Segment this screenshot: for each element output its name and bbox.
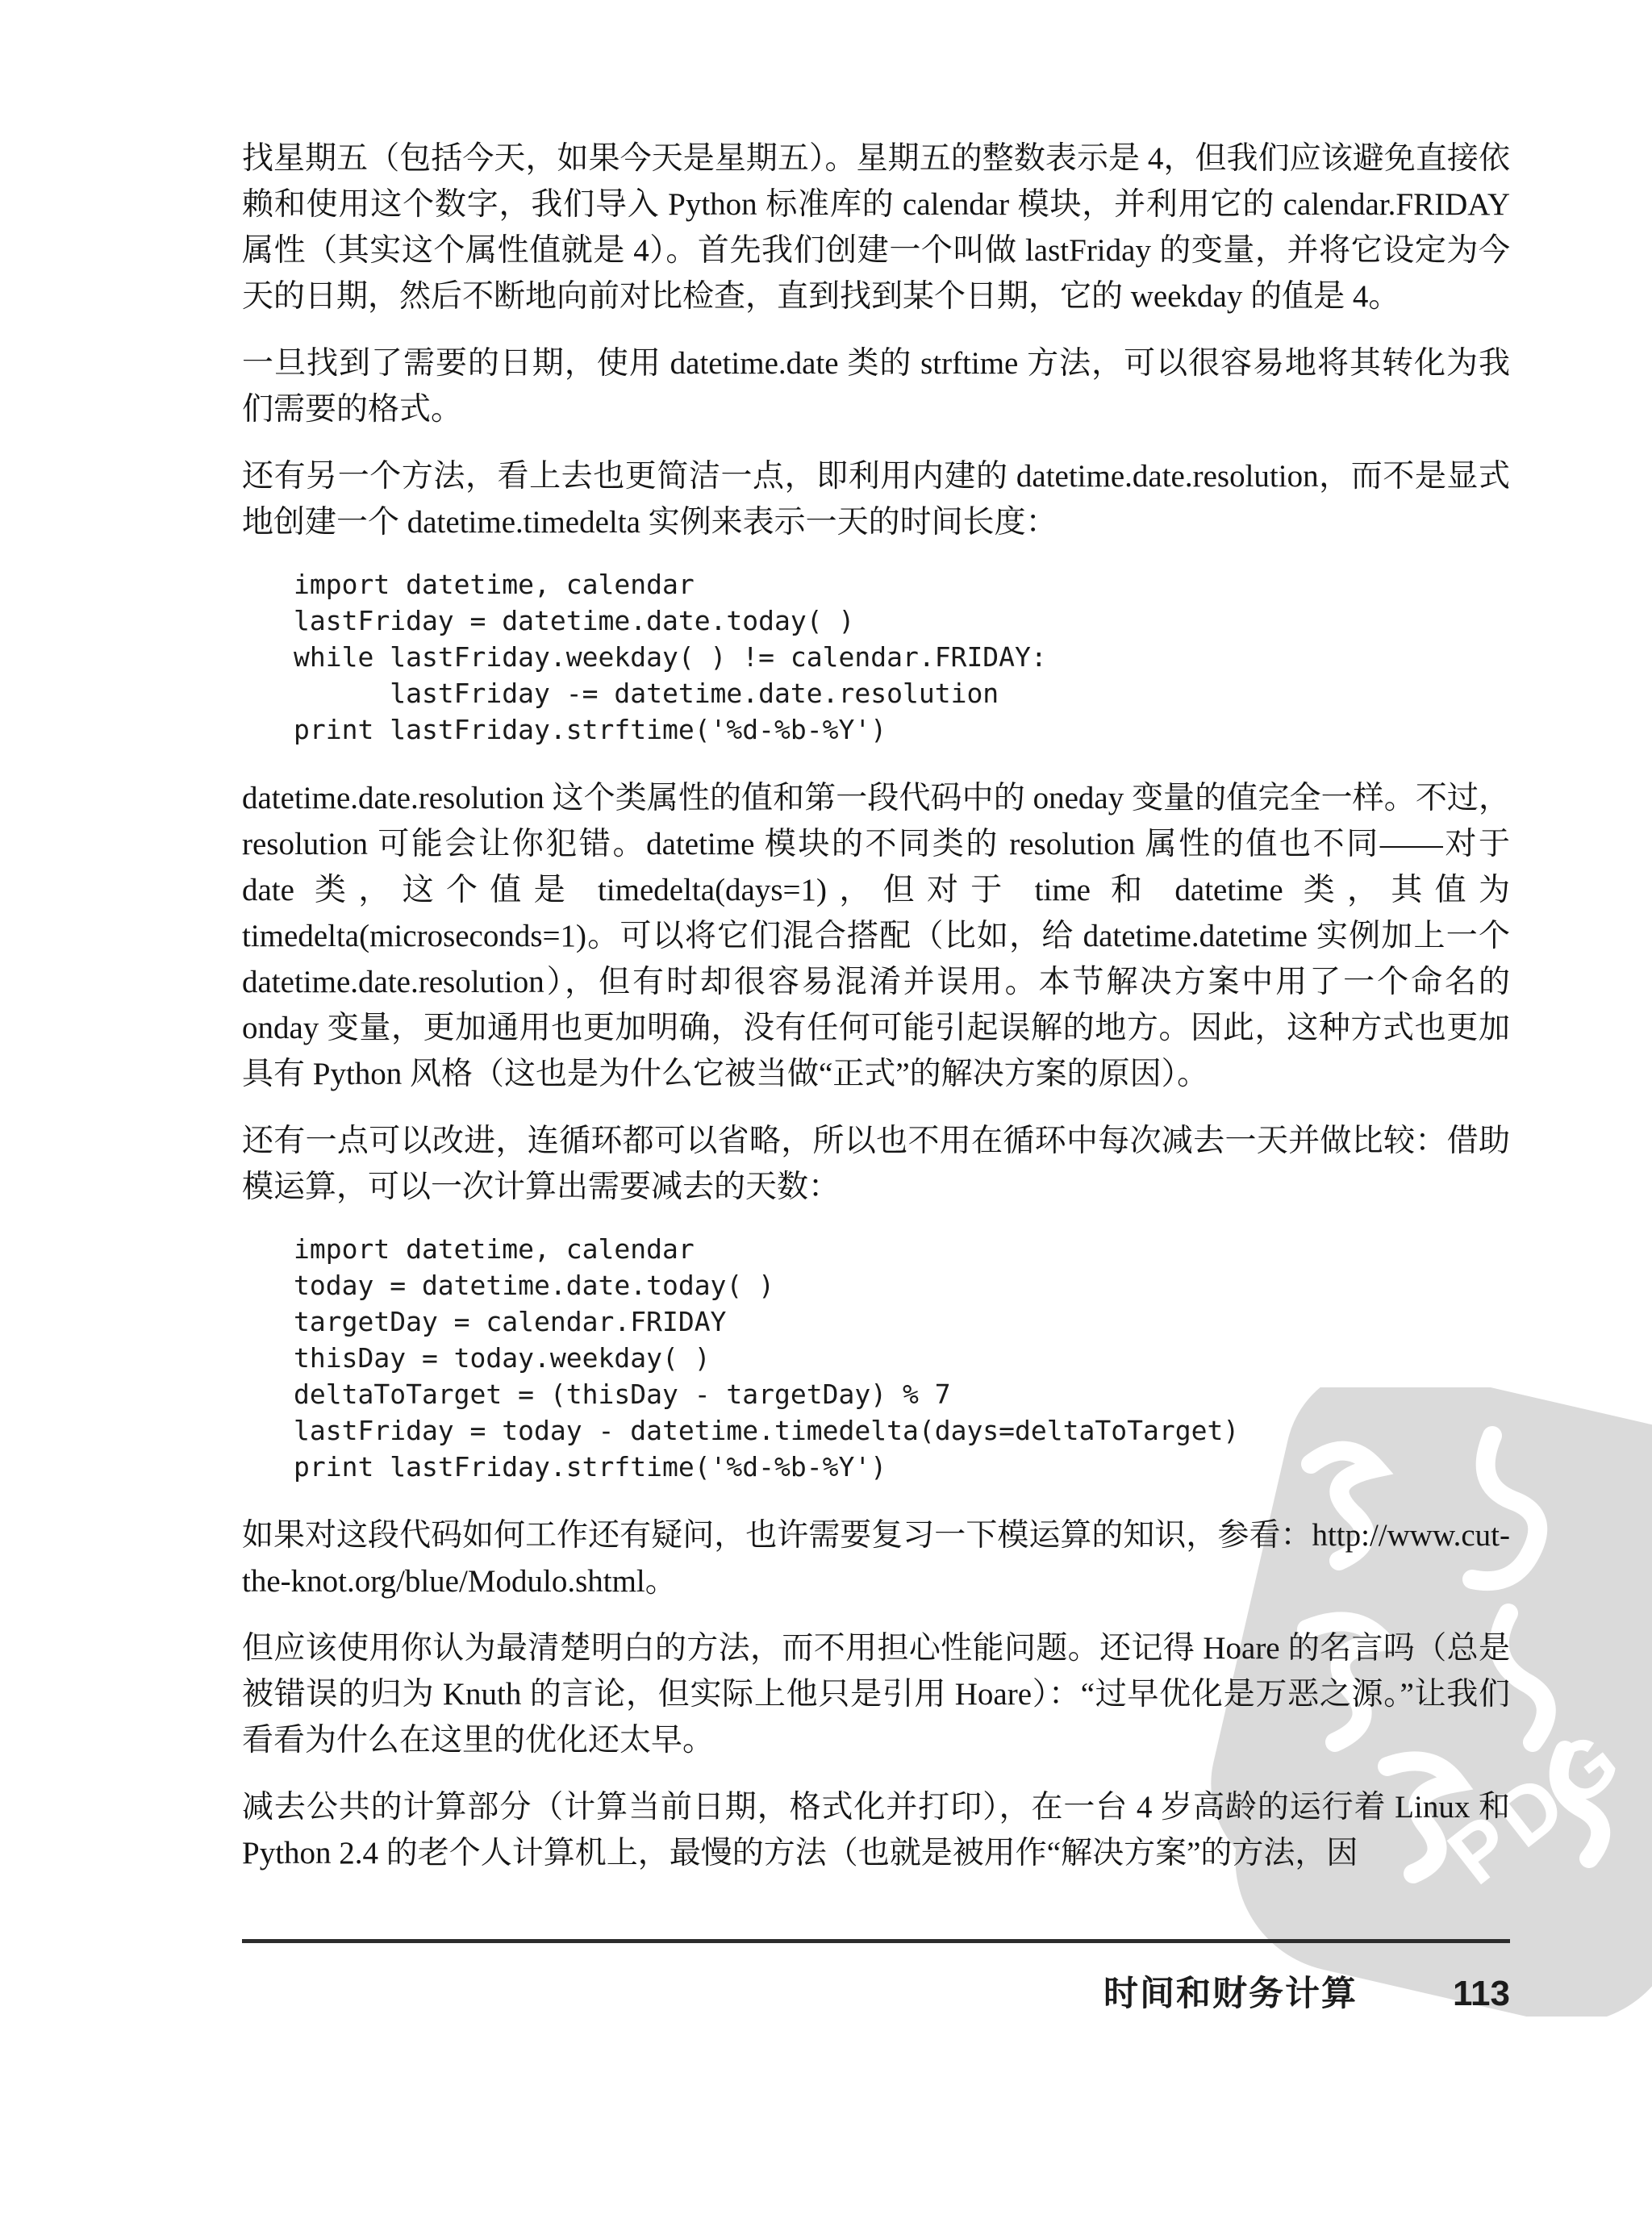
footer-rule bbox=[242, 1939, 1510, 1943]
code-block: import datetime, calendar lastFriday = d… bbox=[294, 566, 1510, 748]
paragraph: 一旦找到了需要的日期，使用 datetime.date 类的 strftime … bbox=[242, 340, 1510, 432]
paragraph: 还有另一个方法，看上去也更简洁一点，即利用内建的 datetime.date.r… bbox=[242, 453, 1510, 545]
footer-page-number: 113 bbox=[1453, 1974, 1510, 2014]
page-footer: 时间和财务计算 113 bbox=[242, 1966, 1510, 2016]
footer-section-title: 时间和财务计算 bbox=[1103, 1966, 1358, 2016]
paragraph: 但应该使用你认为最清楚明白的方法，而不用担心性能问题。还记得 Hoare 的名言… bbox=[242, 1625, 1510, 1763]
paragraph: 减去公共的计算部分（计算当前日期，格式化并打印），在一台 4 岁高龄的运行着 L… bbox=[242, 1784, 1510, 1876]
paragraph: 还有一点可以改进，连循环都可以省略，所以也不用在循环中每次减去一天并做比较：借助… bbox=[242, 1118, 1510, 1210]
paragraph: datetime.date.resolution 这个类属性的值和第一段代码中的… bbox=[242, 775, 1510, 1097]
code-block: import datetime, calendar today = dateti… bbox=[294, 1231, 1510, 1485]
page-content: 找星期五（包括今天，如果今天是星期五）。星期五的整数表示是 4，但我们应该避免直… bbox=[242, 136, 1510, 1897]
book-page: PDG 找星期五（包括今天，如果今天是星期五）。星期五的整数表示是 4，但我们应… bbox=[0, 0, 1652, 2223]
paragraph: 如果对这段代码如何工作还有疑问，也许需要复习一下模运算的知识，参看：http:/… bbox=[242, 1512, 1510, 1604]
paragraph: 找星期五（包括今天，如果今天是星期五）。星期五的整数表示是 4，但我们应该避免直… bbox=[242, 136, 1510, 319]
